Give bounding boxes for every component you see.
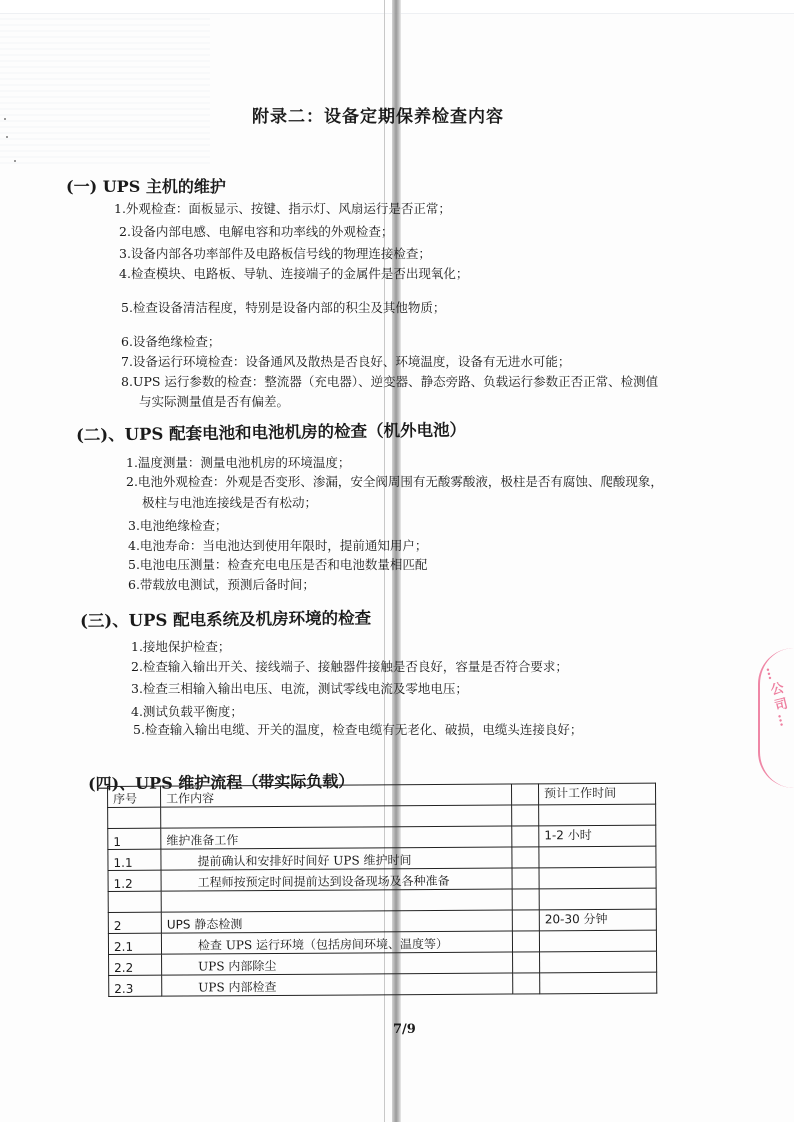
section-3-item: 3.检查三相输入输出电压、电流，测试零线电流及零地电压； — [131, 681, 468, 697]
section-2-item: 5.电池电压测量：检查充电电压是否和电池数量相匹配 — [128, 557, 427, 573]
scan-speck — [6, 136, 8, 138]
section-2-item: 1.温度测量：测量电池机房的环境温度； — [126, 455, 350, 471]
cell-content: 维护准备工作 — [161, 826, 512, 849]
cell-seq: 1.1 — [108, 849, 161, 870]
scan-speck — [14, 160, 16, 162]
scan-noise — [0, 14, 210, 164]
cell-seq: 2.2 — [109, 954, 162, 975]
cell-content: UPS 静态检测 — [161, 910, 512, 933]
cell-blank — [512, 889, 539, 910]
cell-seq: 1 — [108, 828, 161, 849]
section-1-item: 5.检查设备清洁程度，特别是设备内部的积尘及其他物质； — [121, 300, 445, 316]
cell-seq: 2 — [108, 912, 161, 933]
cell-blank — [512, 805, 539, 826]
section-1-item-continuation: 与实际测量值是否有偏差。 — [139, 394, 289, 410]
section-1-item: 3.设备内部各功率部件及电路板信号线的物理连接检查； — [119, 246, 431, 262]
scan-speck — [4, 118, 6, 120]
section-3-item: 5.检查输入输出电缆、开关的温度，检查电缆有无老化、破损，电缆头连接良好； — [133, 722, 582, 738]
cell-time — [539, 804, 656, 826]
cell-time — [540, 972, 657, 994]
cell-content: 提前确认和安排好时间好 UPS 维护时间 — [161, 847, 512, 870]
section-2-item-continuation: 极柱与电池连接线是否有松动； — [142, 495, 317, 511]
cell-blank — [513, 952, 540, 973]
cell-seq: 2.1 — [108, 933, 161, 954]
cell-time — [539, 846, 656, 868]
cell-time — [540, 951, 657, 973]
section-1-item: 1.外观检查：面板显示、按键、指示灯、风扇运行是否正常； — [114, 201, 451, 217]
header-cell-blank — [511, 784, 538, 805]
section-3-item: 1.接地保护检查； — [131, 639, 230, 655]
header-cell-time: 预计工作时间 — [538, 783, 655, 805]
section-1-item: 8.UPS 运行参数的检查：整流器（充电器）、逆变器、静态旁路、负载运行参数正否… — [121, 374, 658, 390]
cell-content: UPS 内部除尘 — [162, 952, 513, 975]
section-2-item: 3.电池绝缘检查； — [128, 518, 227, 534]
cell-seq — [108, 891, 161, 912]
section-2-item: 6.带载放电测试，预测后备时间； — [128, 577, 315, 593]
cell-blank — [512, 931, 539, 952]
section-1-item: 7.设备运行环境检查：设备通风及散热是否良好、环境温度，设备有无进水可能； — [121, 354, 570, 370]
cell-blank — [513, 973, 540, 994]
section-heading-2: (二)、UPS 配套电池和电池机房的检查（机外电池） — [76, 416, 466, 445]
header-cell-seq: 序号 — [108, 786, 161, 807]
page-number: 7/9 — [393, 1022, 416, 1037]
section-3-item: 2.检查输入输出开关、接线端子、接触器件接触是否良好，容量是否符合要求； — [131, 659, 568, 675]
section-1-item: 6.设备绝缘检查； — [121, 334, 220, 350]
cell-content — [161, 805, 512, 828]
company-seal-stamp: …公司… — [758, 648, 794, 788]
maintenance-process-table: 序号 工作内容 预计工作时间 1 维护准备工作 1-2 小时 1.1 提前确认和… — [107, 783, 657, 997]
cell-time — [539, 930, 656, 952]
cell-time — [539, 888, 656, 910]
cell-content: 检查 UPS 运行环境（包括房间环境、温度等） — [161, 931, 512, 954]
cell-seq — [108, 807, 161, 828]
table-row: 2.3 UPS 内部检查 — [109, 972, 657, 996]
section-3-item: 4.测试负载平衡度； — [131, 704, 243, 720]
section-2-item: 4.电池寿命：当电池达到使用年限时，提前通知用户； — [128, 538, 427, 554]
cell-seq: 1.2 — [108, 870, 161, 891]
cell-blank — [512, 826, 539, 847]
section-2-item: 2.电池外观检查：外观是否变形、渗漏，安全阀周围有无酸雾酸液，极柱是否有腐蚀、爬… — [126, 474, 663, 490]
page-title: 附录二：设备定期保养检查内容 — [252, 102, 504, 127]
section-heading-1: (一) UPS 主机的维护 — [66, 174, 226, 197]
cell-time: 20-30 分钟 — [539, 909, 656, 931]
cell-time — [539, 867, 656, 889]
header-cell-content: 工作内容 — [161, 784, 512, 807]
cell-blank — [512, 868, 539, 889]
section-1-item: 4.检查模块、电路板、导轨、连接端子的金属件是否出现氧化； — [119, 266, 468, 282]
stamp-text: …公司… — [761, 665, 794, 732]
section-1-item: 2.设备内部电感、电解电容和功率线的外观检查； — [119, 224, 393, 240]
cell-seq: 2.3 — [109, 975, 162, 996]
cell-content — [161, 889, 512, 912]
cell-blank — [512, 910, 539, 931]
cell-content: 工程师按预定时间提前达到设备现场及各种准备 — [161, 868, 512, 891]
cell-content: UPS 内部检查 — [162, 973, 513, 996]
section-heading-3: (三)、UPS 配电系统及机房环境的检查 — [80, 604, 371, 631]
cell-blank — [512, 847, 539, 868]
cell-time: 1-2 小时 — [539, 825, 656, 847]
